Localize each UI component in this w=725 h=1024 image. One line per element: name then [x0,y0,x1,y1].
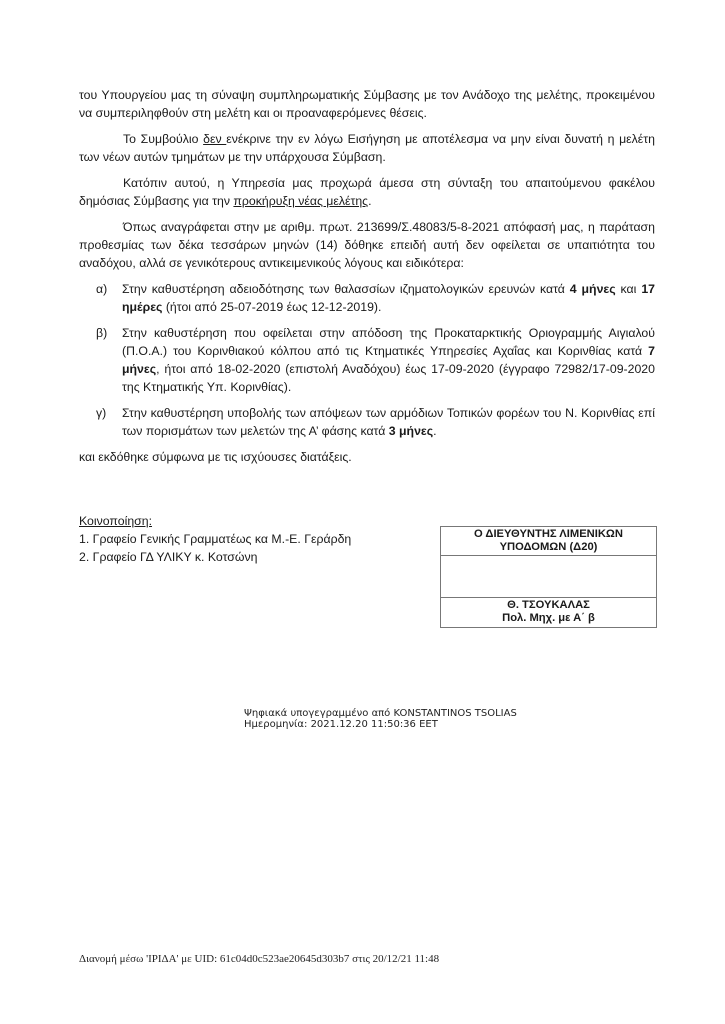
list-marker: β) [96,324,122,396]
list-item: β) Στην καθυστέρηση που οφείλεται στην α… [79,324,655,396]
signer-title: Ο ΔΙΕΥΘΥΝΤΗΣ ΛΙΜΕΝΙΚΩΝ ΥΠΟΔΟΜΩΝ (Δ20) [441,527,656,556]
list-text: Στην καθυστέρηση αδειοδότησης των θαλασσ… [122,280,655,316]
underlined-text: προκήρυξη νέας μελέτης [233,194,368,208]
list-marker: α) [96,280,122,316]
cc-item: 1. Γραφείο Γενικής Γραμματέως κα Μ.-Ε. Γ… [79,530,351,548]
signer-name: Θ. ΤΣΟΥΚΑΛΑΣ Πολ. Μηχ. με Α΄ β [441,598,656,627]
paragraph-1: του Υπουργείου μας τη σύναψη συμπληρωματ… [79,86,655,122]
text: . [368,194,371,208]
cc-title: Κοινοποίηση: [79,512,351,530]
reasons-list: α) Στην καθυστέρηση αδειοδότησης των θαλ… [79,280,655,440]
cc-block: Κοινοποίηση: 1. Γραφείο Γενικής Γραμματέ… [79,512,351,566]
text: Το Συμβούλιο [123,132,203,146]
list-marker: γ) [96,404,122,440]
list-item: α) Στην καθυστέρηση αδειοδότησης των θαλ… [79,280,655,316]
signature-space [441,556,656,598]
distribution-footer: Διανομή μέσω 'ΙΡΙΔΑ' με UID: 61c04d0c523… [79,953,439,965]
underlined-text: δεν [203,132,226,146]
paragraph-3: Κατόπιν αυτού, η Υπηρεσία μας προχωρά άμ… [79,174,655,210]
paragraph-4: Όπως αναγράφεται στην με αριθμ. πρωτ. 21… [79,218,655,272]
document-body: του Υπουργείου μας τη σύναψη συμπληρωματ… [79,86,655,474]
list-text: Στην καθυστέρηση που οφείλεται στην απόδ… [122,324,655,396]
cc-item: 2. Γραφείο ΓΔ ΥΛΙΚΥ κ. Κοτσώνη [79,548,351,566]
list-item: γ) Στην καθυστέρηση υποβολής των απόψεων… [79,404,655,440]
paragraph-5: και εκδόθηκε σύμφωνα με τις ισχύουσες δι… [79,448,655,466]
paragraph-2: Το Συμβούλιο δεν ενέκρινε την εν λόγω Ει… [79,130,655,166]
signature-box: Ο ΔΙΕΥΘΥΝΤΗΣ ΛΙΜΕΝΙΚΩΝ ΥΠΟΔΟΜΩΝ (Δ20) Θ.… [440,526,657,628]
digital-signature: Ψηφιακά υπογεγραμμένο από KONSTANTINOS T… [244,708,517,730]
list-text: Στην καθυστέρηση υποβολής των απόψεων τω… [122,404,655,440]
